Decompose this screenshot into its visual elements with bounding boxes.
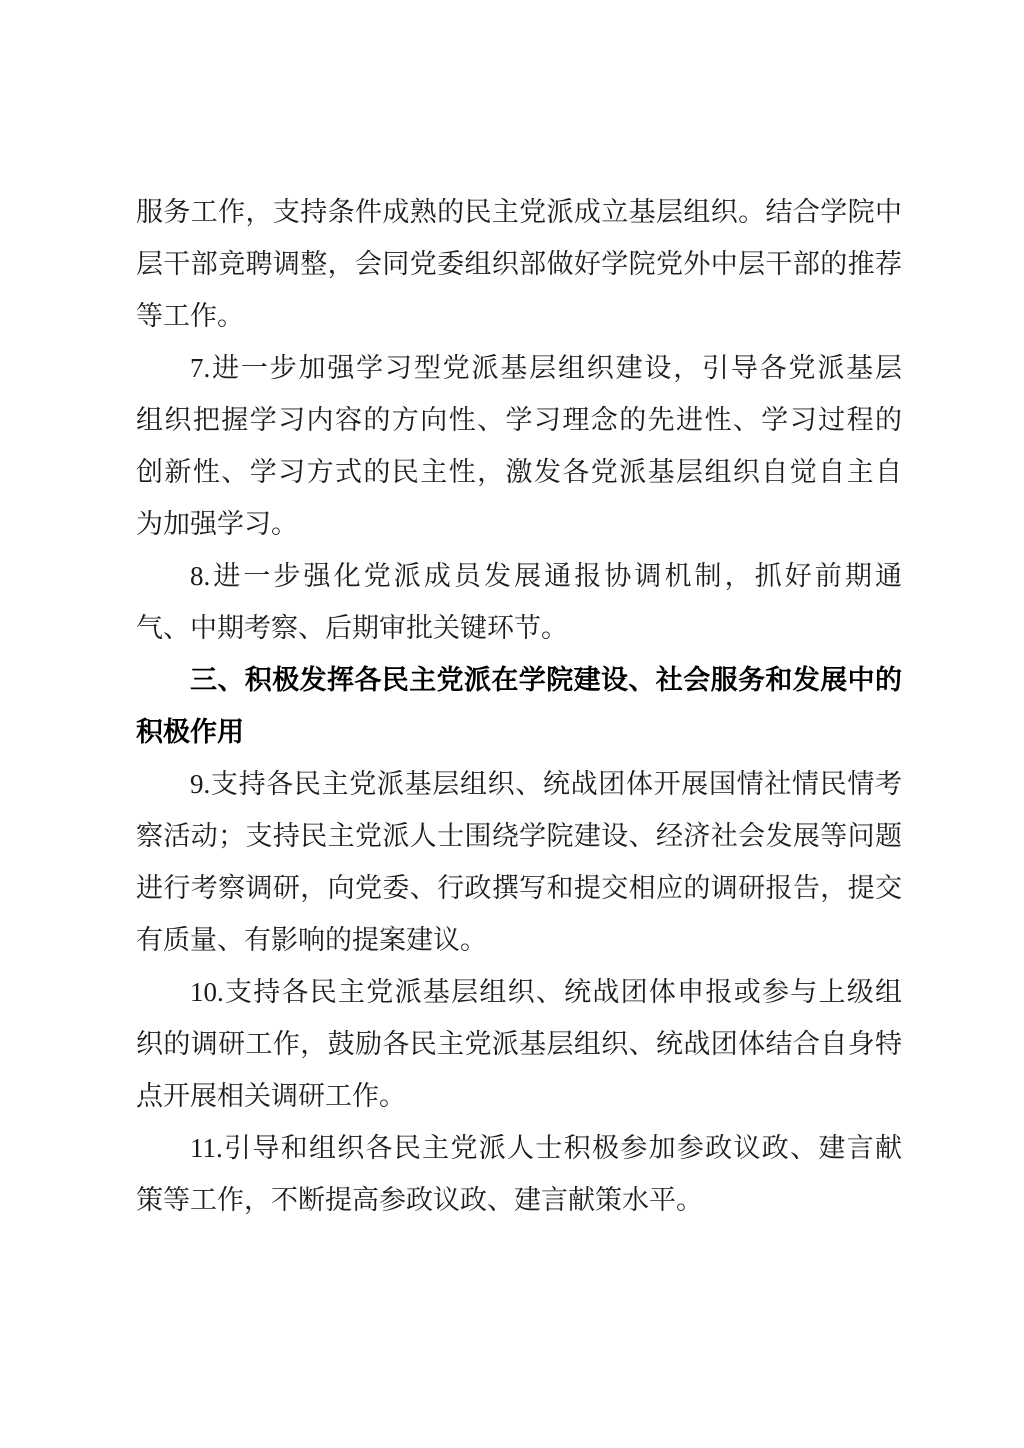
text-line: 组织把握学习内容的方向性、学习理念的先进性、学习过程的 xyxy=(136,394,902,446)
paragraph: 11.引导和组织各民主党派人士积极参加参政议政、建言献策等工作，不断提高参政议政… xyxy=(136,1122,902,1226)
section-heading: 三、积极发挥各民主党派在学院建设、社会服务和发展中的积极作用 xyxy=(136,654,902,758)
heading-line: 积极作用 xyxy=(136,706,902,758)
text-line: 服务工作，支持条件成熟的民主党派成立基层组织。结合学院中 xyxy=(136,186,902,238)
paragraph: 10.支持各民主党派基层组织、统战团体申报或参与上级组织的调研工作，鼓励各民主党… xyxy=(136,966,902,1122)
text-line: 等工作。 xyxy=(136,290,902,342)
text-line: 有质量、有影响的提案建议。 xyxy=(136,914,902,966)
text-line: 7.进一步加强学习型党派基层组织建设，引导各党派基层 xyxy=(136,342,902,394)
text-line: 为加强学习。 xyxy=(136,498,902,550)
text-line: 10.支持各民主党派基层组织、统战团体申报或参与上级组 xyxy=(136,966,902,1018)
text-line: 气、中期考察、后期审批关键环节。 xyxy=(136,602,902,654)
text-line: 策等工作，不断提高参政议政、建言献策水平。 xyxy=(136,1174,902,1226)
text-line: 织的调研工作，鼓励各民主党派基层组织、统战团体结合自身特 xyxy=(136,1018,902,1070)
text-line: 创新性、学习方式的民主性，激发各党派基层组织自觉自主自 xyxy=(136,446,902,498)
paragraph: 7.进一步加强学习型党派基层组织建设，引导各党派基层组织把握学习内容的方向性、学… xyxy=(136,342,902,550)
paragraph: 8.进一步强化党派成员发展通报协调机制，抓好前期通气、中期考察、后期审批关键环节… xyxy=(136,550,902,654)
text-line: 8.进一步强化党派成员发展通报协调机制，抓好前期通 xyxy=(136,550,902,602)
paragraph: 9.支持各民主党派基层组织、统战团体开展国情社情民情考察活动；支持民主党派人士围… xyxy=(136,758,902,966)
text-line: 层干部竞聘调整，会同党委组织部做好学院党外中层干部的推荐 xyxy=(136,238,902,290)
heading-line: 三、积极发挥各民主党派在学院建设、社会服务和发展中的 xyxy=(136,654,902,706)
text-line: 11.引导和组织各民主党派人士积极参加参政议政、建言献 xyxy=(136,1122,902,1174)
text-line: 点开展相关调研工作。 xyxy=(136,1070,902,1122)
paragraph: 服务工作，支持条件成熟的民主党派成立基层组织。结合学院中层干部竞聘调整，会同党委… xyxy=(136,186,902,342)
document-body: 服务工作，支持条件成熟的民主党派成立基层组织。结合学院中层干部竞聘调整，会同党委… xyxy=(136,186,902,1226)
document-page: 服务工作，支持条件成熟的民主党派成立基层组织。结合学院中层干部竞聘调整，会同党委… xyxy=(0,0,1024,1448)
text-line: 进行考察调研，向党委、行政撰写和提交相应的调研报告，提交 xyxy=(136,862,902,914)
text-line: 9.支持各民主党派基层组织、统战团体开展国情社情民情考 xyxy=(136,758,902,810)
text-line: 察活动；支持民主党派人士围绕学院建设、经济社会发展等问题 xyxy=(136,810,902,862)
